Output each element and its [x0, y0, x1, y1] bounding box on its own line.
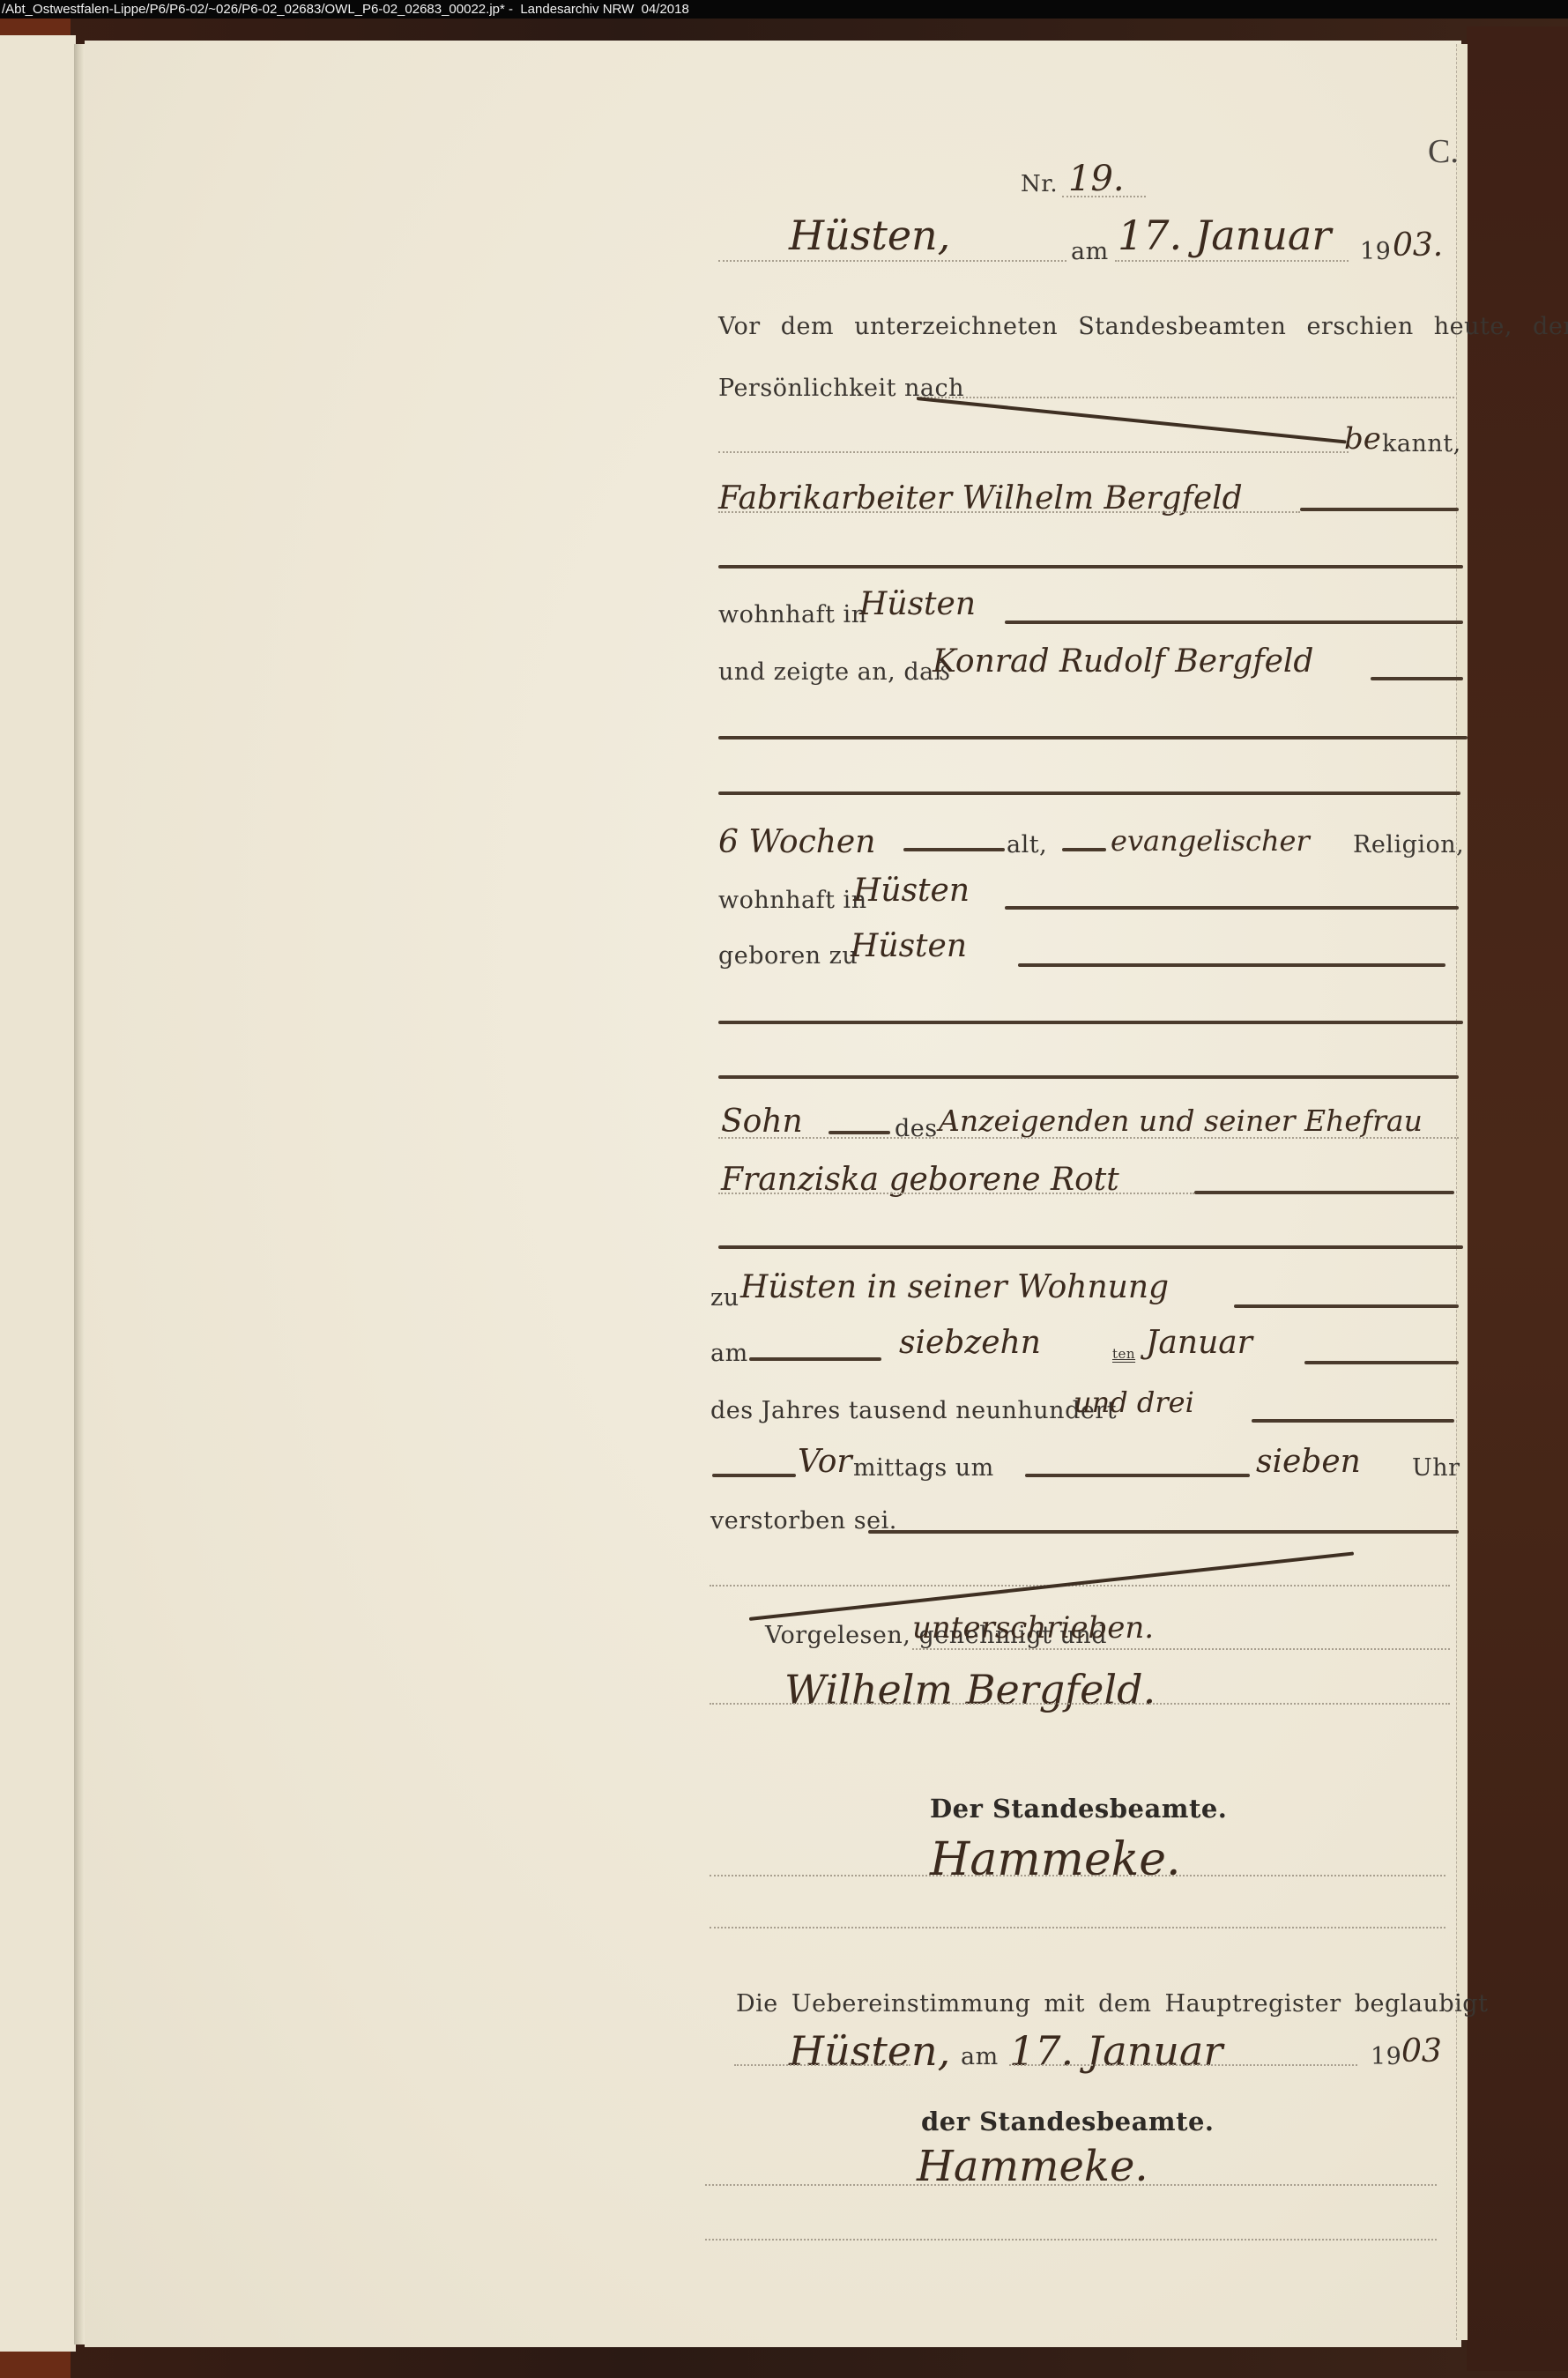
- registrar-signature-line: [710, 1875, 1445, 1876]
- death-day-suffix: ten: [1112, 1346, 1135, 1362]
- death-hour: sieben: [1256, 1444, 1361, 1480]
- approval-value: unterschrieben.: [912, 1610, 1154, 1646]
- identity-suffix-print: kannt,: [1382, 430, 1461, 457]
- deceased-residence-label: wohnhaft in: [718, 887, 867, 914]
- fill-line: [749, 1357, 881, 1361]
- certification-year-suffix: 03: [1401, 2033, 1442, 2070]
- mother-line: [718, 1193, 1194, 1194]
- dotted-line: [710, 1927, 1445, 1928]
- death-hour-label: Uhr: [1412, 1454, 1460, 1482]
- intro-line: Vor dem unterzeichneten Standesbeamten e…: [718, 313, 1568, 340]
- deceased-religion: evangelischer: [1111, 824, 1310, 858]
- age-label: alt,: [1007, 831, 1047, 858]
- identity-line-2: [718, 451, 1349, 453]
- date-line: [1115, 260, 1349, 262]
- fill-line: [1018, 963, 1445, 967]
- certification-am-label: am: [961, 2043, 999, 2070]
- fill-line: [718, 791, 1460, 795]
- dotted-line: [705, 2239, 1437, 2241]
- fill-line: [1304, 1361, 1459, 1364]
- fill-line: [718, 1245, 1463, 1249]
- fill-line: [829, 1131, 890, 1134]
- birthplace: Hüsten: [851, 928, 967, 964]
- fill-line: [718, 736, 1468, 739]
- fill-line: [1234, 1304, 1459, 1308]
- death-year-label: des Jahres tausend neunhundert: [710, 1397, 1117, 1424]
- certification-title: der Standesbeamte.: [921, 2107, 1215, 2136]
- informant-signature: Wilhelm Bergfeld.: [784, 1666, 1156, 1713]
- fill-line: [712, 1474, 796, 1477]
- fill-line: [1194, 1191, 1454, 1194]
- certification-text: Die Uebereinstimmung mit dem Hauptregist…: [736, 1990, 1488, 2018]
- death-place-label: zu: [710, 1284, 739, 1312]
- place: Hüsten,: [789, 212, 950, 259]
- death-period: Vor: [798, 1444, 852, 1480]
- record-number-label: Nr.: [1021, 171, 1058, 197]
- fill-line: [868, 1530, 1459, 1534]
- deceased-name: Konrad Rudolf Bergfeld: [933, 643, 1313, 680]
- fill-line: [1005, 906, 1459, 910]
- report-label: und zeigte an, daß: [718, 658, 950, 686]
- relation: Sohn: [721, 1104, 803, 1140]
- approval-line: [912, 1648, 1450, 1650]
- death-day-label: am: [710, 1340, 748, 1367]
- informant-signature-line: [710, 1703, 1450, 1705]
- date: 17. Januar: [1118, 212, 1331, 259]
- death-year-words: und drei: [1074, 1386, 1194, 1419]
- parents-line: [718, 1137, 1459, 1139]
- record-number: 19.: [1068, 159, 1125, 199]
- deceased-age: 6 Wochen: [718, 824, 875, 860]
- certification-date: 17. Januar: [1009, 2027, 1222, 2075]
- fill-line: [1252, 1419, 1454, 1423]
- strike-through-line: [917, 397, 1347, 443]
- dotted-line: [710, 1585, 1450, 1587]
- fill-line: [718, 565, 1463, 568]
- record-number-line: [1062, 196, 1146, 197]
- certification-year-prefix: 19: [1371, 2043, 1401, 2070]
- birthplace-label: geboren zu: [718, 942, 858, 970]
- deceased-residence: Hüsten: [853, 873, 970, 909]
- religion-label: Religion,: [1353, 831, 1464, 858]
- parents: Anzeigenden und seiner Ehefrau: [939, 1104, 1423, 1138]
- informant-residence-label: wohnhaft in: [718, 601, 867, 628]
- fill-line: [903, 848, 1005, 851]
- death-day: siebzehn: [899, 1325, 1041, 1361]
- section-letter: C.: [1428, 132, 1459, 171]
- fill-line: [1025, 1474, 1250, 1477]
- registrar-title: Der Standesbeamte.: [930, 1794, 1227, 1824]
- fill-line: [1371, 677, 1463, 680]
- informant-line: [718, 511, 1300, 513]
- death-time-label: mittags um: [853, 1454, 994, 1482]
- certification-signature-line: [705, 2184, 1437, 2186]
- informant-residence: Hüsten: [859, 586, 976, 622]
- certification-place-line: [734, 2064, 910, 2066]
- identity-line: [917, 397, 1454, 398]
- death-month: Januar: [1146, 1325, 1252, 1361]
- fill-line: [1300, 508, 1459, 511]
- death-place: Hüsten in seiner Wohnung: [740, 1269, 1169, 1305]
- date-am-label: am: [1071, 238, 1109, 265]
- certification-place: Hüsten,: [789, 2027, 950, 2075]
- death-record-form: C. Nr. 19. Hüsten, am 17. Januar 19 03. …: [0, 0, 1568, 2378]
- fill-line: [1062, 848, 1106, 851]
- year-prefix: 19: [1360, 238, 1391, 265]
- fill-line: [718, 1021, 1463, 1024]
- identity-suffix-hand: be: [1344, 421, 1381, 457]
- place-line: [718, 260, 1066, 262]
- fill-line: [1005, 621, 1463, 624]
- fill-line: [718, 1075, 1459, 1079]
- registrar-signature: Hammeke.: [930, 1833, 1181, 1886]
- certification-date-line: [1009, 2064, 1357, 2066]
- year-suffix: 03.: [1393, 227, 1443, 264]
